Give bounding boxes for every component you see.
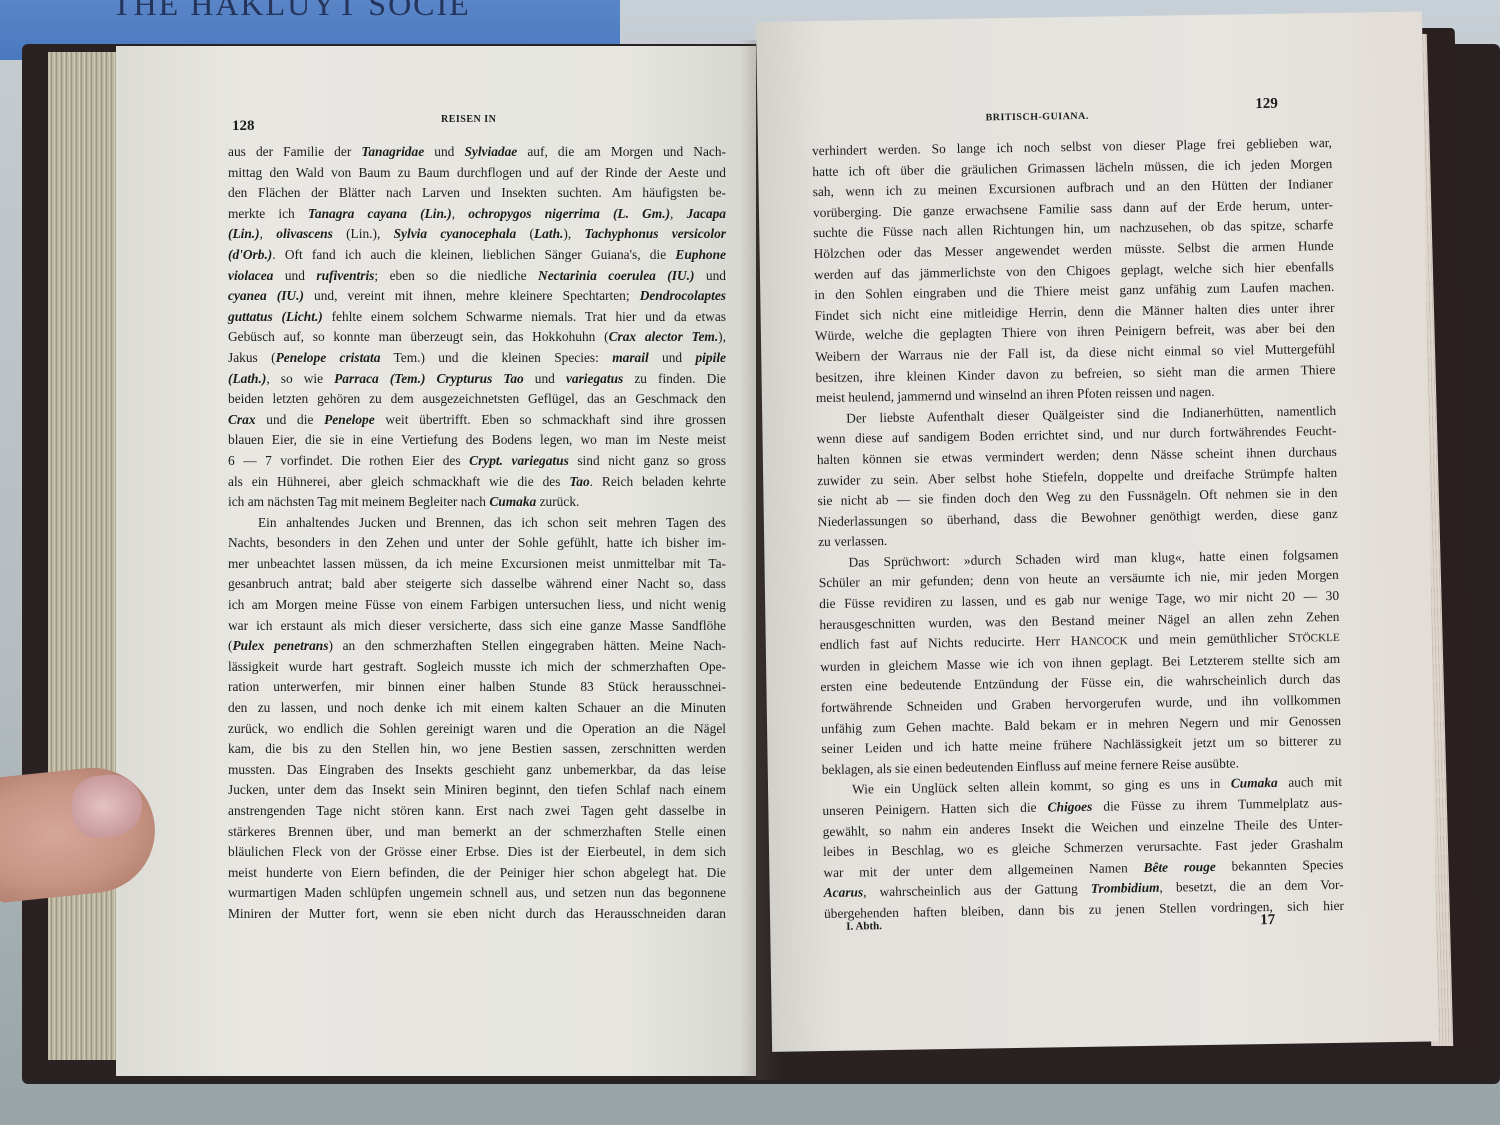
left-page: 128 REISEN IN aus der Familie der Tanagr… [116, 46, 756, 1076]
left-page-text-line: aus der Familie der Tanagridae und Sylvi… [228, 142, 726, 163]
right-page: BRITISCH-GUIANA. 129 verhindert werden. … [756, 12, 1438, 1052]
left-page-text-line: (Pulex penetrans) an den schmerzhaften S… [228, 636, 726, 657]
left-page-text-line: beiden letzten gehören zu dem ausgezeich… [228, 389, 726, 410]
left-page-text-line: kam, die bis zu den Stellen hin, wo jene… [228, 739, 726, 760]
left-page-text-line: Miniren der Mutter fort, wenn sie eben n… [228, 904, 726, 925]
left-page-text-line: bläulichen Fleck von der Grösse einer Er… [228, 842, 726, 863]
left-page-text-line: als ein Hühnerei, aber gleich schmackhaf… [228, 472, 726, 493]
signature-number: 17 [1260, 912, 1275, 929]
left-page-text-line: ich am nächsten Tag mit meinem Begleiter… [228, 492, 726, 513]
left-page-text-line: (d'Orb.). Oft fand ich auch die kleinen,… [228, 245, 726, 266]
left-page-text-line: wurmartigen Maden schlüpfen ungemein sch… [228, 883, 726, 904]
left-page-text-line: den zu lassen, und noch denke ich mit ei… [228, 698, 726, 719]
left-page-text-line: Nachts, besonders in den Zehen und unter… [228, 533, 726, 554]
left-page-text-line: lässigkeit wurde hart gestraft. Sogleich… [228, 657, 726, 678]
signature-mark: I. Abth. [846, 920, 882, 933]
left-page-text-line: (Lath.), so wie Parraca (Tem.) Crypturus… [228, 369, 726, 390]
left-page-text-line: zurück, wo endlich die Sohlen gereinigt … [228, 719, 726, 740]
left-page-text-line: merkte ich Tanagra cayana (Lin.), ochrop… [228, 204, 726, 225]
left-page-text-line: meist hunderte von Eiern befinden, die d… [228, 863, 726, 884]
right-running-head: BRITISCH-GUIANA. [985, 111, 1088, 124]
left-page-text-line: Crax und die Penelope weit übertrifft. E… [228, 410, 726, 431]
left-page-text-line: guttatus (Licht.) fehlte einem solchem S… [228, 307, 726, 328]
left-page-text-line: anstrengenden Tage nicht stören kann. Er… [228, 801, 726, 822]
right-page-body: verhindert werden. So lange ich noch sel… [812, 133, 1344, 925]
left-page-text-line: gesanbruch antrat; bald aber steigerte s… [228, 574, 726, 595]
left-page-text-line: mussten. Das Eingraben des Insekts gesch… [228, 760, 726, 781]
left-page-text-line: ich am Morgen meine Füsse von einem Farb… [228, 595, 726, 616]
page-edges-left [48, 52, 118, 1060]
left-page-text-line: Gebüsch auf, so konnte man überzeugt sei… [228, 327, 726, 348]
left-page-text-line: war ich erstaunt als mich dieser versich… [228, 616, 726, 637]
left-page-text-line: cyanea (IU.) und, vereint mit ihnen, meh… [228, 286, 726, 307]
left-page-number: 128 [232, 118, 255, 135]
left-page-text-line: mittag den Wald von Baum zu Baum durchfl… [228, 163, 726, 184]
left-page-text-line: Jucken, unter dem das Insekt sein Minire… [228, 780, 726, 801]
left-page-text-line: Jakus (Penelope cristata Tem.) und die k… [228, 348, 726, 369]
left-page-text-line: violacea und rufiventris; eben so die ni… [228, 266, 726, 287]
left-page-text-line: mer unbeachtet lassen müssen, da ich mei… [228, 554, 726, 575]
left-page-body: aus der Familie der Tanagridae und Sylvi… [228, 142, 726, 925]
background-book-title: THE HAKLUYT SOCIE [112, 0, 471, 23]
left-page-text-line: 6 — 7 vorfindet. Die rothen Eier des Cry… [228, 451, 726, 472]
left-page-text-line: ration unterwerfen, mir binnen einer hal… [228, 677, 726, 698]
left-page-text-line: (Lin.), olivascens (Lin.), Sylvia cyanoc… [228, 224, 726, 245]
right-page-number: 129 [1255, 96, 1278, 113]
left-page-text-line: stärkeres Brennen über, und man bemerkt … [228, 822, 726, 843]
left-running-head: REISEN IN [441, 114, 496, 125]
left-page-text-line: den Flächen der Blätter nach Larven und … [228, 183, 726, 204]
left-page-text-line: Ein anhaltendes Jucken und Brennen, das … [228, 513, 726, 534]
left-page-text-line: blauen Eier, die sie in eine Vertiefung … [228, 430, 726, 451]
